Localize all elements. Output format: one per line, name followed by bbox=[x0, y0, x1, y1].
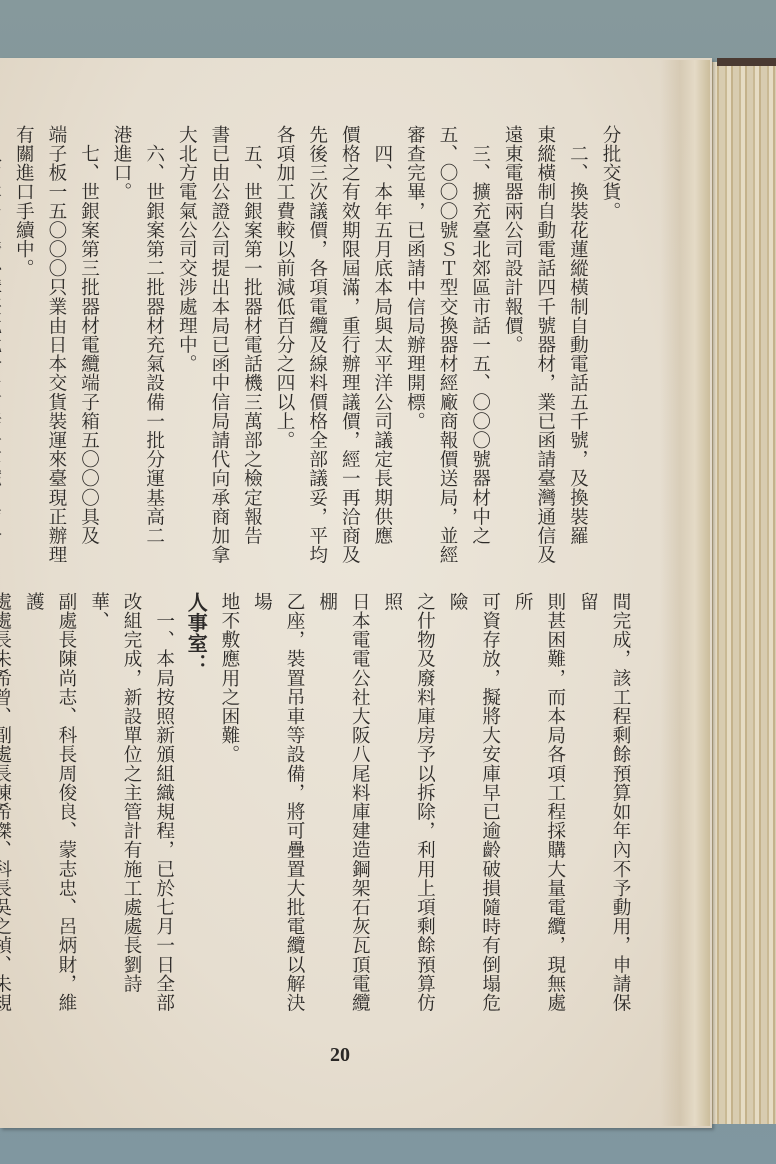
page-edge-shading bbox=[660, 60, 710, 1126]
text-line: 之什物及廢料庫房予以拆除，利用上項剩餘預算仿照 bbox=[375, 592, 440, 1024]
text-line: 各項加工費較以前減低百分之四以上。 bbox=[267, 125, 300, 575]
text-line: 日本電電公社大阪八尾料庫建造鋼架石灰瓦頂電纜棚 bbox=[310, 592, 375, 1024]
text-line: 有關進口手續中。 bbox=[7, 125, 40, 575]
text-line: 三、擴充臺北郊區市話一五、〇〇〇號器材中之 bbox=[463, 125, 496, 575]
text-line: 副處長陳尚志、科長周俊良、蒙志忠、呂炳財，維護 bbox=[17, 592, 82, 1024]
text-line: 東縱橫制自動電話四千號器材，業已函請臺灣通信及 bbox=[528, 125, 561, 575]
text-line: 五、世銀案第一批器材電話機三萬部之檢定報告 bbox=[235, 125, 268, 575]
text-line: 乙座，裝置吊車等設備，將可疊置大批電纜以解決場 bbox=[245, 592, 310, 1024]
bottom-text-block: 間完成，該工程剩餘預算如年內不予動用，申請保留 則甚困難，而本局各項工程採購大量… bbox=[0, 592, 636, 1024]
text-line: 四、本年五月底本局與太平洋公司議定長期供應 bbox=[365, 125, 398, 575]
text-line: 審查完畢，已函請中信局辦理開標。 bbox=[398, 125, 431, 575]
text-line: 先後三次議價，各項電纜及線料價格全部議妥，平均 bbox=[300, 125, 333, 575]
text-line: 一、本局按照新頒組織規程，已於七月一日全部 bbox=[147, 592, 180, 1024]
text-line: 間完成，該工程剩餘預算如年內不予動用，申請保留 bbox=[571, 592, 636, 1024]
text-line: 地不敷應用之困難。 bbox=[212, 592, 245, 1024]
text-line: 二、換裝花蓮縱橫制自動電話五千號，及換裝羅 bbox=[561, 125, 594, 575]
text-line: 端子板一五〇〇〇只業由日本交貨裝運來臺現正辦理 bbox=[39, 125, 72, 575]
text-line: 書已由公證公司提出本局已函中信局請代向承商加拿 bbox=[202, 125, 235, 575]
text-line: 處處長朱希曾、副處長陳希傑、科長吳之楨、朱規蘭 bbox=[0, 592, 17, 1024]
book-cover-edge bbox=[717, 58, 776, 66]
top-text-block: 分批交貨。 二、換裝花蓮縱橫制自動電話五千號，及換裝羅 東縱橫制自動電話四千號器… bbox=[0, 125, 626, 575]
text-line: 五、〇〇〇號ＳＴ型交換器材經廠商報價送局，並經 bbox=[430, 125, 463, 575]
text-line: 改組完成，新設單位之主管計有施工處處長劉詩華、 bbox=[82, 592, 147, 1024]
text-line: 遠東電器兩公司設計報價。 bbox=[496, 125, 529, 575]
text-line: 七、世銀案第三批器材電纜端子箱五〇〇〇具及 bbox=[72, 125, 105, 575]
text-line: 港進口。 bbox=[105, 125, 138, 575]
text-line: 六、世銀案第二批器材充氣設備一批分運基高二 bbox=[137, 125, 170, 575]
text-line: 可資存放，擬將大安庫早已逾齡破損隨時有倒塌危險 bbox=[440, 592, 505, 1024]
text-line: 價格之有效期限屆滿，重行辦理議價，經一再洽商及 bbox=[333, 125, 366, 575]
section-heading-personnel: 人事室： bbox=[180, 592, 213, 1024]
page-number: 20 bbox=[320, 1044, 360, 1067]
text-line: 八、本局申請外購臺北北分局市話一萬號，南分 bbox=[0, 125, 7, 575]
text-line: 大北方電氣公司交涉處理中。 bbox=[170, 125, 203, 575]
text-line: 分批交貨。 bbox=[593, 125, 626, 575]
text-line: 則甚困難，而本局各項工程採購大量電纜，現無處所 bbox=[506, 592, 571, 1024]
